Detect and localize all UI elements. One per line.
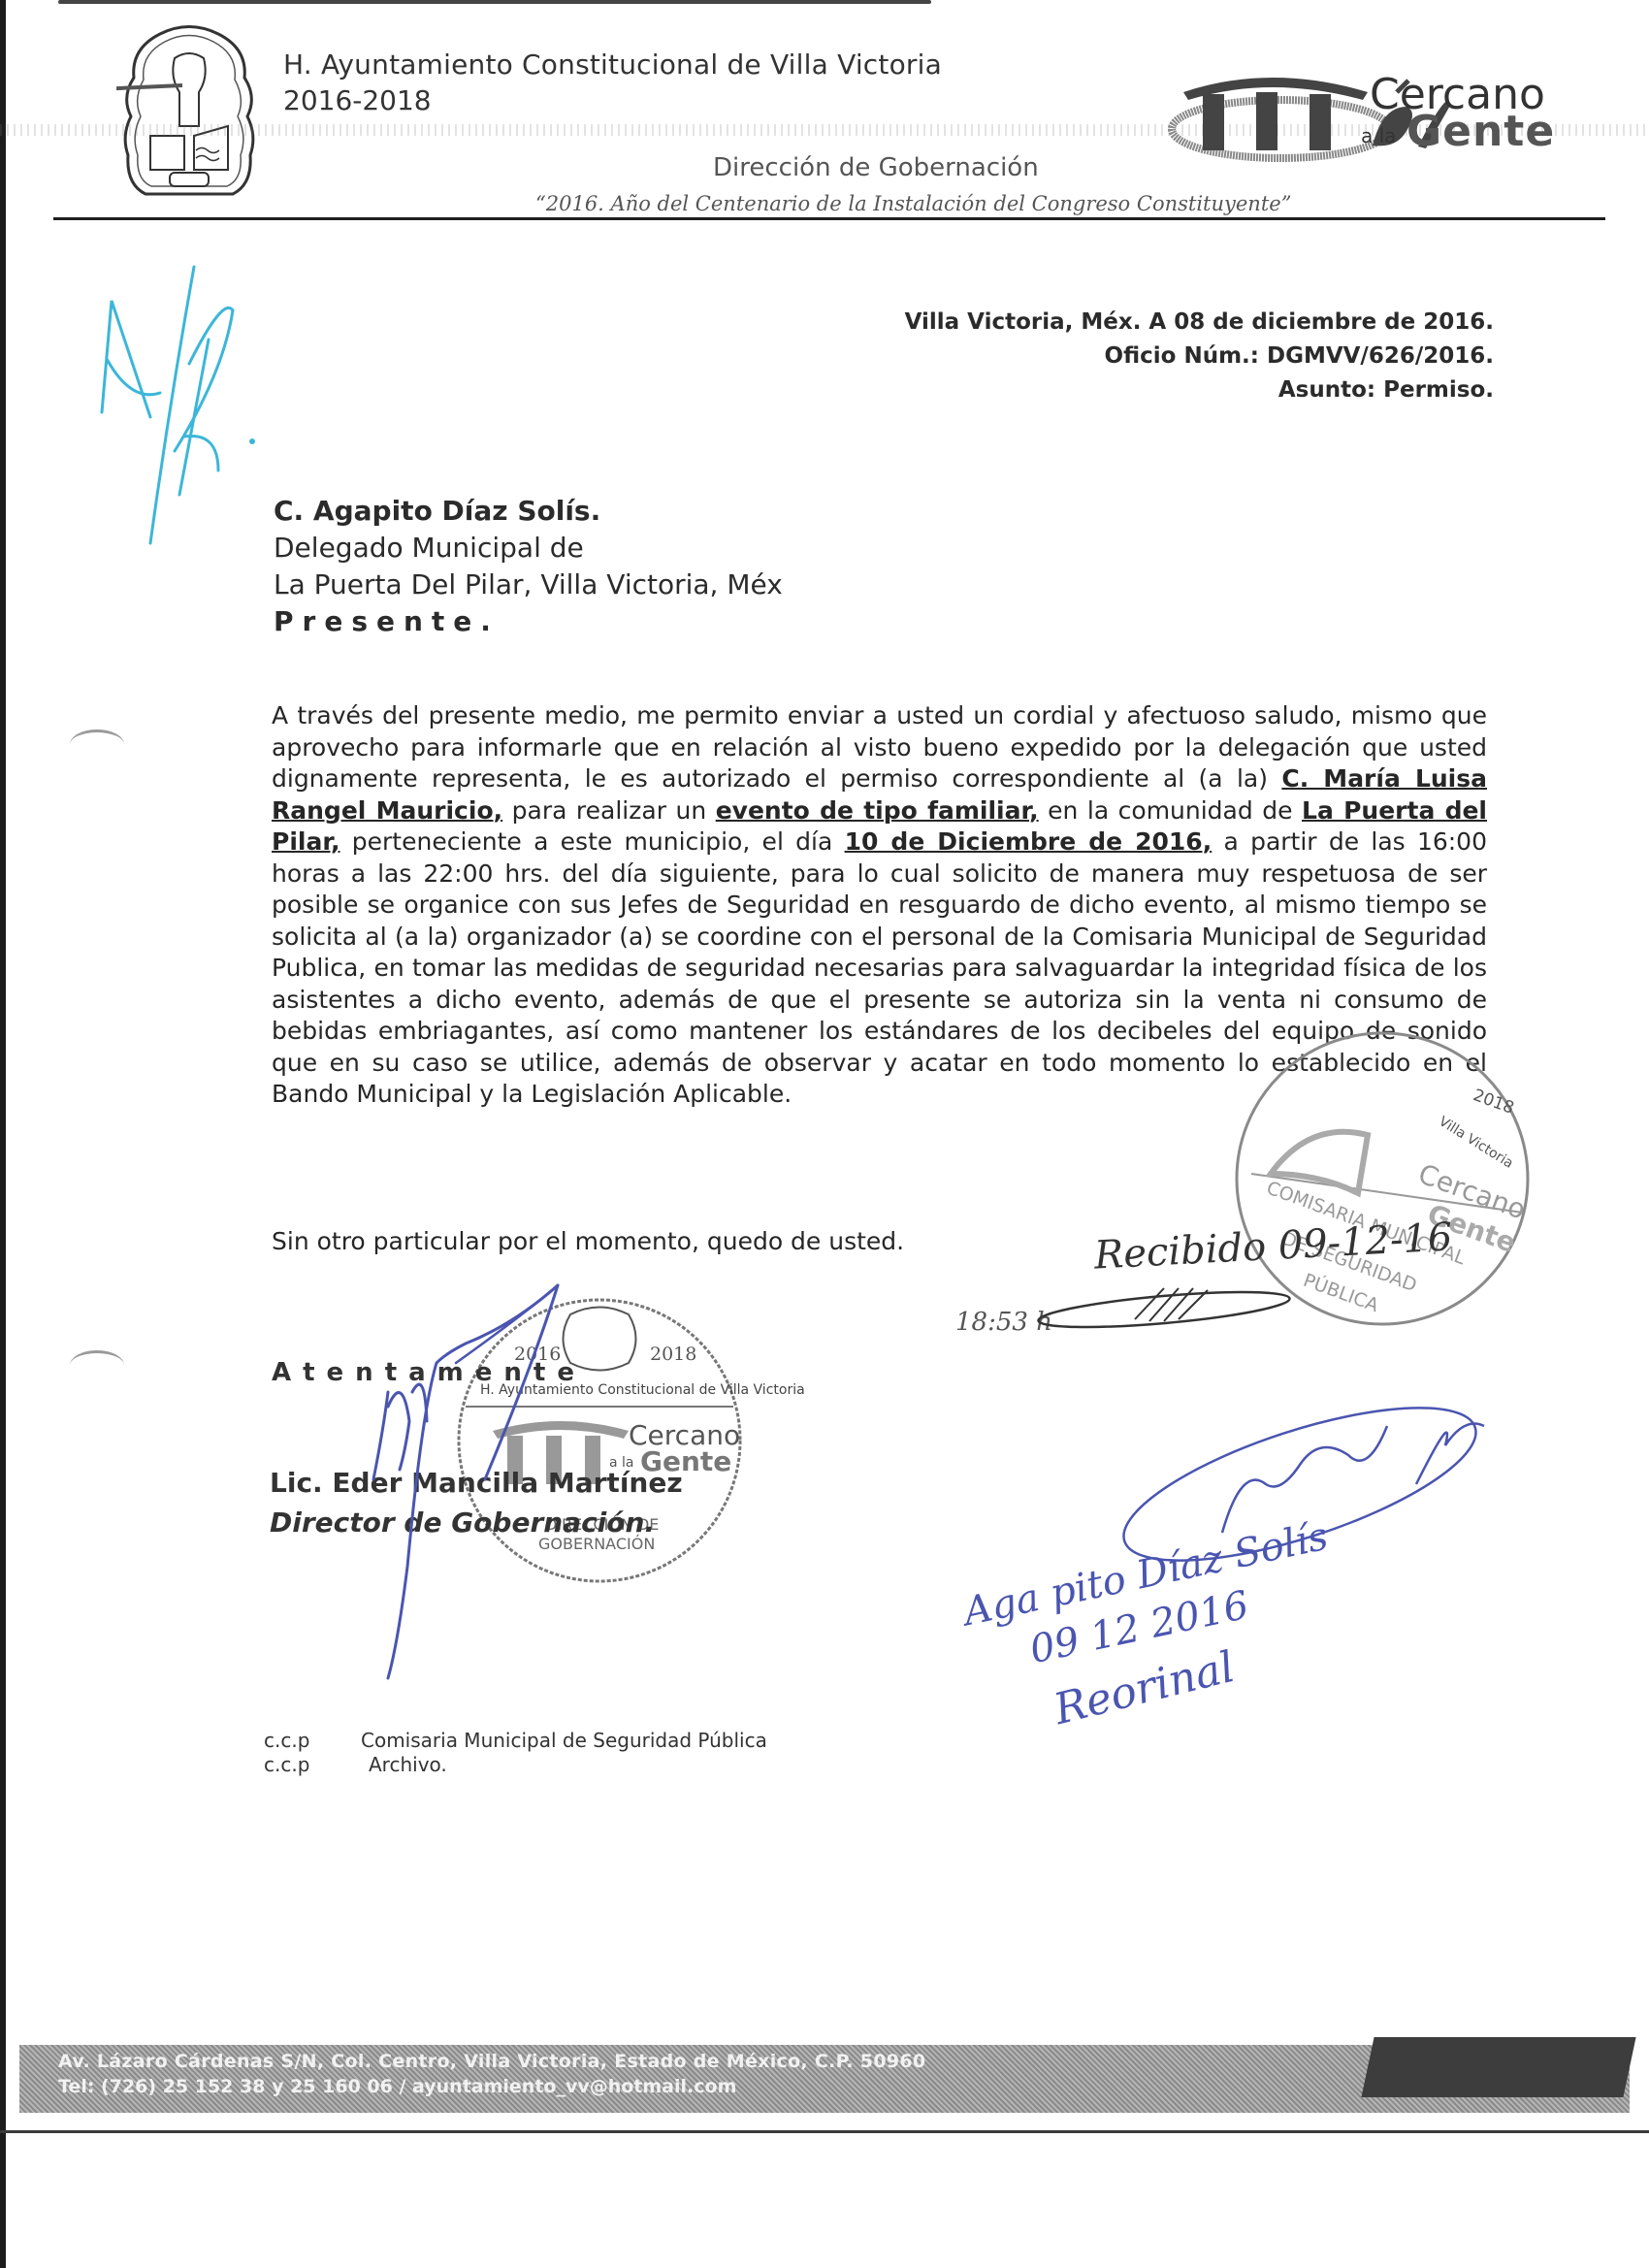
- oficio-number: Oficio Núm.: DGMVV/626/2016.: [905, 340, 1494, 373]
- footer-accent: [1361, 2037, 1635, 2097]
- cc-value: Archivo.: [361, 1753, 447, 1777]
- footer-address: Av. Lázaro Cárdenas S/N, Col. Centro, Vi…: [58, 2051, 925, 2072]
- event-type: evento de tipo familiar,: [716, 796, 1039, 825]
- footer-contact: Tel: (726) 25 152 38 y 25 160 06 / ayunt…: [58, 2076, 736, 2097]
- cc-label: c.c.p: [264, 1729, 361, 1753]
- recipient-role: Delegado Municipal de: [274, 530, 783, 567]
- official-motto: “2016. Año del Centenario de la Instalac…: [535, 192, 1291, 215]
- header-divider: [53, 217, 1605, 220]
- closing-line: Sin otro particular por el momento, qued…: [272, 1227, 904, 1255]
- scan-edge: [0, 0, 6, 2268]
- scan-top-edge: [58, 0, 931, 4]
- director-signature: [330, 1276, 601, 1683]
- logo-text-gente: Gente: [1406, 107, 1555, 156]
- body-text-2: para realizar un: [502, 796, 716, 825]
- cc-label: c.c.p: [264, 1753, 361, 1777]
- handwritten-initials: [92, 257, 286, 548]
- gob-stamp-year-right: 2018: [650, 1344, 696, 1365]
- place-date: Villa Victoria, Méx. A 08 de diciembre d…: [905, 306, 1494, 340]
- document-meta: Villa Victoria, Méx. A 08 de diciembre d…: [905, 306, 1494, 407]
- recipient-location: La Puerta Del Pilar, Villa Victoria, Méx: [274, 567, 783, 603]
- municipal-crest-icon: [116, 19, 262, 204]
- cc-value: Comisaria Municipal de Seguridad Pública: [361, 1729, 767, 1753]
- event-date: 10 de Diciembre de 2016,: [845, 827, 1212, 856]
- carbon-copy-list: c.c.p Comisaria Municipal de Seguridad P…: [264, 1729, 767, 1777]
- organization-name: H. Ayuntamiento Constitucional de Villa …: [283, 49, 942, 81]
- recipient-name: C. Agapito Díaz Solís.: [274, 493, 783, 530]
- subject: Asunto: Permiso.: [905, 373, 1494, 407]
- cc-row: c.c.p Archivo.: [264, 1753, 767, 1777]
- department-name: Dirección de Gobernación: [713, 153, 1039, 182]
- footer-divider: [0, 2130, 1649, 2133]
- presente-label: Presente.: [274, 603, 783, 640]
- punch-hole-icon: [70, 729, 124, 760]
- logo-text-a-la: a la: [1361, 124, 1396, 147]
- recipient-block: C. Agapito Díaz Solís. Delegado Municipa…: [274, 493, 783, 640]
- punch-hole-icon: [70, 1350, 124, 1380]
- body-text-3: en la comunidad de: [1039, 796, 1302, 825]
- administration-term: 2016-2018: [283, 84, 432, 116]
- cc-row: c.c.p Comisaria Municipal de Seguridad P…: [264, 1729, 767, 1753]
- received-signature-scribble: [1028, 1280, 1300, 1339]
- body-text-4: perteneciente a este municipio, el día: [339, 827, 844, 856]
